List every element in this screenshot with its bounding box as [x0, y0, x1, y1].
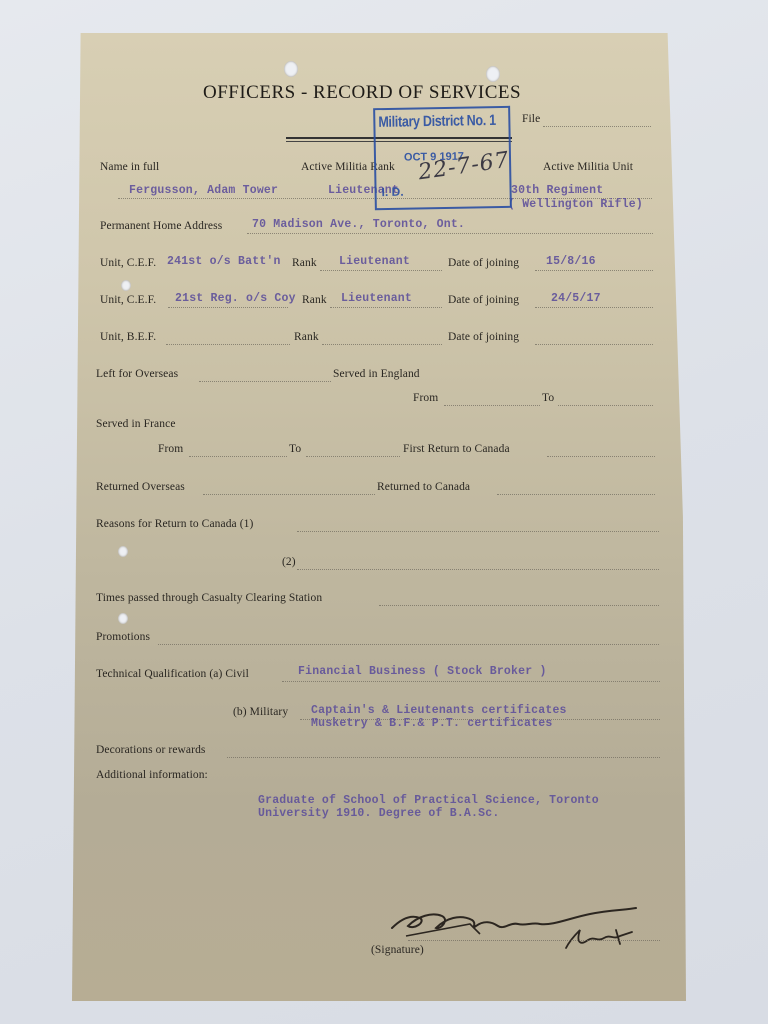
- france-from-field[interactable]: [189, 456, 287, 457]
- returned-overseas-label: Returned Overseas: [96, 481, 185, 493]
- active-militia-unit-label: Active Militia Unit: [543, 161, 633, 173]
- date-of-joining-3-field[interactable]: [535, 344, 653, 345]
- england-to-label: To: [542, 392, 554, 404]
- unit-cef-2-value: 21st Reg. o/s Coy: [175, 292, 296, 305]
- additional-information-label: Additional information:: [96, 769, 208, 781]
- rank-2-field[interactable]: [330, 307, 442, 308]
- name-in-full-label: Name in full: [100, 161, 159, 173]
- civil-qualification-value: Financial Business ( Stock Broker ): [298, 665, 547, 678]
- returned-to-canada-field[interactable]: [497, 494, 655, 495]
- punch-hole: [118, 546, 128, 557]
- reasons-1-field[interactable]: [297, 531, 659, 532]
- casualty-clearing-field[interactable]: [379, 605, 659, 606]
- promotions-field[interactable]: [158, 644, 659, 645]
- punch-hole: [121, 280, 131, 291]
- left-for-overseas-field[interactable]: [199, 381, 331, 382]
- militia-unit-value-1: 30th Regiment: [511, 184, 603, 197]
- rank-3-field[interactable]: [322, 344, 442, 345]
- punch-hole: [284, 61, 298, 77]
- served-in-england-label: Served in England: [333, 368, 420, 380]
- rank-1-value: Lieutenant: [339, 255, 410, 268]
- signature-label: (Signature): [371, 944, 424, 956]
- rank-2-label: Rank: [302, 294, 327, 306]
- date-of-joining-2-label: Date of joining: [448, 294, 519, 306]
- reasons-2-field[interactable]: [297, 569, 659, 570]
- home-address-label: Permanent Home Address: [100, 220, 222, 232]
- additional-info-value-1: Graduate of School of Practical Science,…: [258, 794, 599, 807]
- form-title: OFFICERS - RECORD OF SERVICES: [203, 82, 521, 104]
- decorations-field[interactable]: [227, 757, 660, 758]
- reasons-2-label: (2): [282, 556, 296, 568]
- unit-cef-2-field[interactable]: [168, 307, 288, 308]
- name-value: Fergusson, Adam Tower: [129, 184, 278, 197]
- file-field[interactable]: [543, 126, 651, 127]
- unit-bef-field[interactable]: [166, 344, 290, 345]
- served-in-france-label: Served in France: [96, 418, 176, 430]
- unit-cef-2-label: Unit, C.E.F.: [100, 294, 156, 306]
- date-of-joining-1-field[interactable]: [535, 270, 653, 271]
- date-of-joining-3-label: Date of joining: [448, 331, 519, 343]
- date-of-joining-2-value: 24/5/17: [551, 292, 601, 305]
- france-from-label: From: [158, 443, 183, 455]
- signature-field[interactable]: [408, 940, 660, 941]
- punch-hole: [118, 613, 128, 624]
- england-from-label: From: [413, 392, 438, 404]
- france-to-label: To: [289, 443, 301, 455]
- file-label: File: [522, 113, 540, 125]
- england-to-field[interactable]: [558, 405, 653, 406]
- date-of-joining-1-label: Date of joining: [448, 257, 519, 269]
- england-from-field[interactable]: [444, 405, 540, 406]
- france-to-field[interactable]: [306, 456, 400, 457]
- technical-qualification-label: Technical Qualification (a) Civil: [96, 668, 249, 680]
- decorations-label: Decorations or rewards: [96, 744, 206, 756]
- first-return-to-canada-label: First Return to Canada: [403, 443, 510, 455]
- home-address-field[interactable]: [247, 233, 653, 234]
- stamp-code: I. D.: [381, 185, 403, 199]
- civil-qualification-field[interactable]: [282, 681, 660, 682]
- rank-3-label: Rank: [294, 331, 319, 343]
- unit-bef-label: Unit, B.E.F.: [100, 331, 156, 343]
- first-return-to-canada-field[interactable]: [547, 456, 655, 457]
- militia-unit-value-2: ( Wellington Rifle): [508, 198, 643, 211]
- home-address-value: 70 Madison Ave., Toronto, Ont.: [252, 218, 465, 231]
- unit-cef-1-label: Unit, C.E.F.: [100, 257, 156, 269]
- stamp-district: Military District No. 1: [378, 112, 496, 131]
- left-for-overseas-label: Left for Overseas: [96, 368, 178, 380]
- additional-info-value-2: University 1910. Degree of B.A.Sc.: [258, 807, 499, 820]
- casualty-clearing-label: Times passed through Casualty Clearing S…: [96, 592, 322, 604]
- promotions-label: Promotions: [96, 631, 150, 643]
- date-of-joining-1-value: 15/8/16: [546, 255, 596, 268]
- punch-hole: [486, 66, 500, 82]
- unit-cef-1-value: 241st o/s Batt'n: [167, 255, 281, 268]
- rank-1-label: Rank: [292, 257, 317, 269]
- date-of-joining-2-field[interactable]: [535, 307, 653, 308]
- reasons-for-return-label: Reasons for Return to Canada (1): [96, 518, 253, 530]
- military-qualification-value-1: Captain's & Lieutenants certificates: [311, 704, 567, 717]
- returned-overseas-field[interactable]: [203, 494, 375, 495]
- rank-1-field[interactable]: [320, 270, 442, 271]
- rank-2-value: Lieutenant: [341, 292, 412, 305]
- military-qualification-value-2: Musketry & B.F.& P.T. certificates: [311, 717, 552, 730]
- military-qualification-label: (b) Military: [233, 706, 288, 718]
- returned-to-canada-label: Returned to Canada: [377, 481, 470, 493]
